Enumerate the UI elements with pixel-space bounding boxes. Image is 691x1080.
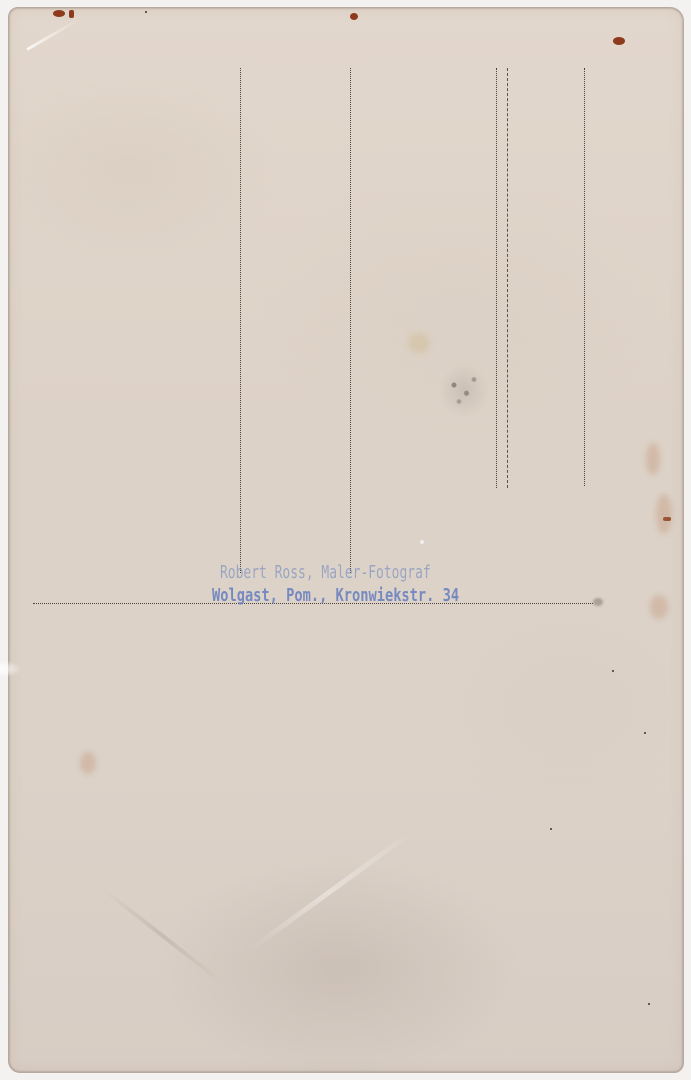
stamp-line-address: Wolgast, Pom., Kronwiekstr. 34 — [212, 584, 432, 608]
rust-spot — [350, 13, 358, 20]
foxing-stain — [656, 494, 672, 534]
divider-line-2 — [350, 68, 351, 573]
speck — [550, 828, 552, 830]
speck — [644, 732, 646, 734]
speck — [420, 540, 424, 544]
photographer-stamp: Robert Ross, Maler-Fotograf Wolgast, Pom… — [212, 562, 502, 608]
stamp-box-line-right — [584, 68, 585, 486]
rust-spot — [613, 37, 625, 45]
postcard-back — [8, 7, 684, 1073]
surface-scuff — [439, 363, 489, 418]
scan-background: Robert Ross, Maler-Fotograf Wolgast, Pom… — [0, 0, 691, 1080]
speck — [648, 1003, 650, 1005]
foxing-stain — [650, 595, 668, 619]
speck — [145, 11, 147, 13]
rust-spot — [69, 10, 74, 18]
stamp-box-line-inner — [507, 68, 508, 488]
foxing-stain — [80, 752, 96, 774]
paper-crease — [248, 831, 413, 953]
stamp-box-line-left — [496, 68, 497, 488]
edge-tear — [0, 660, 22, 678]
corner-crease — [26, 18, 79, 51]
foxing-stain — [408, 333, 430, 353]
divider-line-1 — [240, 68, 241, 573]
paper-crease — [103, 888, 224, 984]
speck — [612, 670, 614, 672]
line-end-smudge — [593, 598, 603, 606]
foxing-stain — [646, 443, 660, 475]
stamp-line-name: Robert Ross, Maler-Fotograf — [220, 562, 423, 584]
rust-spot — [53, 10, 65, 17]
